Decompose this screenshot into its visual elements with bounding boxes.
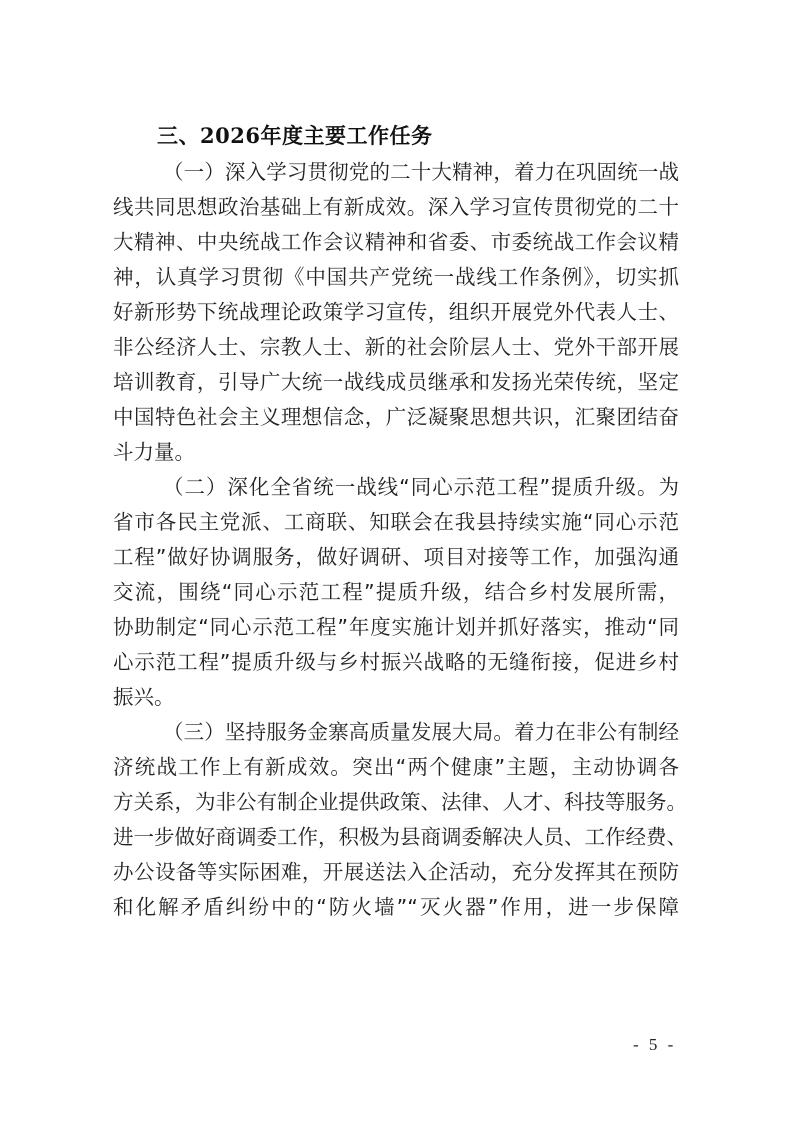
paragraph-1-line-4: 神，认真学习贯彻《中国共产党统一战线工作条例》，切实抓 (113, 262, 679, 292)
paragraph-1-line-2: 线共同思想政治基础上有新成效。深入学习宣传贯彻党的二十 (113, 192, 679, 222)
paragraph-3-line-3: 方关系，为非公有制企业提供政策、法律、人才、科技等服务。 (113, 787, 679, 817)
paragraph-1-line-5: 好新形势下统战理论政策学习宣传，组织开展党外代表人士、 (113, 297, 679, 327)
paragraph-1-line-1: （一）深入学习贯彻党的二十大精神，着力在巩固统一战 (163, 157, 679, 187)
paragraph-2-line-6: 心示范工程”提质升级与乡村振兴战略的无缝衔接，促进乡村 (113, 647, 679, 677)
paragraph-2-line-3: 工程”做好协调服务，做好调研、项目对接等工作，加强沟通 (113, 542, 679, 572)
paragraph-1-line-6: 非公经济人士、宗教人士、新的社会阶层人士、党外干部开展 (113, 332, 679, 362)
paragraph-1-line-8: 中国特色社会主义理想信念，广泛凝聚思想共识，汇聚团结奋 (113, 402, 679, 432)
paragraph-2-line-4: 交流，围绕“同心示范工程”提质升级，结合乡村发展所需， (113, 577, 679, 607)
paragraph-1-line-7: 培训教育，引导广大统一战线成员继承和发扬光荣传统，坚定 (113, 367, 679, 397)
paragraph-3-line-6: 和化解矛盾纠纷中的“防火墙”“灭火器”作用，进一步保障 (113, 892, 679, 922)
paragraph-2-line-5: 协助制定“同心示范工程”年度实施计划并抓好落实，推动“同 (113, 612, 679, 642)
paragraph-2-line-1: （二）深化全省统一战线“同心示范工程”提质升级。为 (163, 472, 679, 502)
paragraph-3-line-5: 办公设备等实际困难，开展送法入企活动，充分发挥其在预防 (113, 857, 679, 887)
paragraph-2-line-2: 省市各民主党派、工商联、知联会在我县持续实施“同心示范 (113, 507, 679, 537)
paragraph-3-line-4: 进一步做好商调委工作，积极为县商调委解决人员、工作经费、 (113, 822, 679, 852)
section-heading: 三、2026年度主要工作任务 (157, 120, 432, 150)
paragraph-1-line-9: 斗力量。 (113, 437, 679, 467)
document-page: 三、2026年度主要工作任务 （一）深入学习贯彻党的二十大精神，着力在巩固统一战… (0, 0, 793, 1122)
page-number: - 5 - (633, 1035, 676, 1055)
paragraph-1-line-3: 大精神、中央统战工作会议精神和省委、市委统战工作会议精 (113, 227, 679, 257)
paragraph-2-line-7: 振兴。 (113, 682, 679, 712)
paragraph-3-line-2: 济统战工作上有新成效。突出“两个健康”主题，主动协调各 (113, 752, 679, 782)
paragraph-3-line-1: （三）坚持服务金寨高质量发展大局。着力在非公有制经 (163, 717, 679, 747)
